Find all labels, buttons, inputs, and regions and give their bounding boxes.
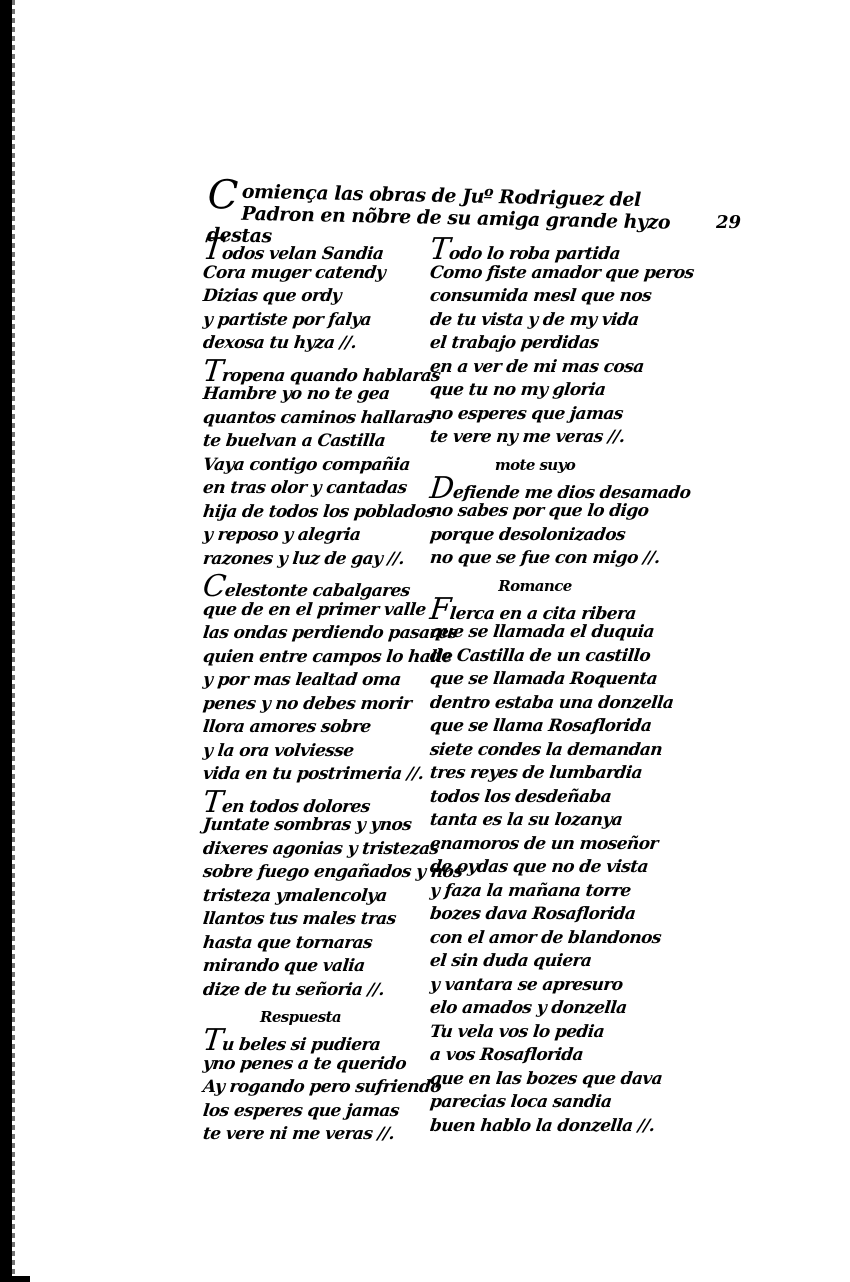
verse-line: parecias loca sandia	[429, 1091, 681, 1115]
verse-line: todos los desdeñaba	[429, 786, 681, 810]
verse-line: Tu vela vos lo pedia	[429, 1021, 681, 1045]
stanza: mote suyoDefiende me dios desamadono sab…	[430, 454, 680, 571]
verse-line: dixeres agonias y tristezas	[202, 838, 439, 862]
verse-line: razones y luz de gay	[202, 548, 439, 572]
verse-line: no sabes por que lo digo	[429, 500, 681, 524]
verse-line: Como fiste amador que peros	[429, 262, 681, 286]
verse-line: hasta que tornaras	[202, 932, 439, 956]
verse-line: tristeza ymalencolya	[202, 885, 439, 909]
verse-line: buen hablo la donzella	[429, 1115, 681, 1139]
verse-line: no que se fue con migo	[429, 547, 681, 571]
verse-line: Ay rogando pero sufriendo	[202, 1076, 439, 1100]
verse-line: que tu no my gloria	[429, 379, 681, 403]
verse-line: que se llamada Roquenta	[429, 668, 681, 692]
scan-corner-smudge	[0, 1276, 30, 1282]
verse-line: Ten todos dolores	[202, 791, 439, 815]
stanza: Todos velan SandiaCora muger catendyDizi…	[203, 238, 438, 356]
verse-line: llantos tus males tras	[202, 908, 439, 932]
verse-line: dentro estaba una donzella	[429, 692, 681, 716]
verse-line: dize de tu señoria	[202, 979, 439, 1003]
heading-initial: C	[207, 176, 238, 215]
verse-line: de tu vista y de my vida	[429, 309, 681, 333]
verse-line: tres reyes de lumbardia	[429, 762, 681, 786]
verse-line: Cora muger catendy	[202, 262, 439, 286]
verse-line: de Castilla de un castillo	[429, 645, 681, 669]
verse-line: no esperes que jamas	[429, 403, 681, 427]
verse-line: quantos caminos hallaras	[202, 407, 439, 431]
verse-line: porque desolonizados	[429, 524, 681, 548]
stanza: RespuestaTu beles si pudierayno penes a …	[203, 1006, 438, 1147]
verse-line: Tropena quando hablaras	[202, 360, 439, 384]
stanza: Tropena quando hablarasHambre yo no te g…	[203, 360, 438, 572]
verse-line: Juntate sombras y ynos	[202, 814, 439, 838]
stanza-rubric: Romance	[430, 575, 680, 598]
verse-line: Celestonte cabalgares	[202, 575, 439, 599]
verse-line: Defiende me dios desamado	[429, 477, 681, 501]
verse-line: de oydas que no de vista	[429, 856, 681, 880]
verse-line: en a ver de mi mas cosa	[429, 356, 681, 380]
verse-line: que se llama Rosaflorida	[429, 715, 681, 739]
stanza: RomanceFlerca en a cita riberaque se lla…	[430, 575, 680, 1139]
left-column: Todos velan SandiaCora muger catendyDizi…	[203, 238, 438, 1151]
verse-line: Tu beles si pudiera	[202, 1029, 439, 1053]
verse-line: vida en tu postrimeria	[202, 763, 439, 787]
verse-line: que en las bozes que dava	[429, 1068, 681, 1092]
verse-line: Vaya contigo compañia	[202, 454, 439, 478]
stanza-rubric: Respuesta	[203, 1006, 438, 1029]
verse-line: con el amor de blandonos	[429, 927, 681, 951]
verse-line: yno penes a te querido	[202, 1053, 439, 1077]
verse-line: mirando que valia	[202, 955, 439, 979]
verse-line: te vere ny me veras	[429, 426, 681, 450]
stanza: Ten todos doloresJuntate sombras y ynosd…	[203, 791, 438, 1003]
verse-line: siete condes la demandan	[429, 739, 681, 763]
verse-line: que se llamada el duquia	[429, 621, 681, 645]
verse-line: consumida mesl que nos	[429, 285, 681, 309]
right-column: Todo lo roba partidaComo fiste amador qu…	[430, 238, 680, 1142]
scan-edge-border	[0, 0, 12, 1282]
verse-line: penes y no debes morir	[202, 693, 439, 717]
verse-line: bozes dava Rosaflorida	[429, 903, 681, 927]
verse-line: las ondas perdiendo pasares	[202, 622, 439, 646]
stanza: Todo lo roba partidaComo fiste amador qu…	[430, 238, 680, 450]
stanza: Celestonte cabalgaresque de en el primer…	[203, 575, 438, 787]
folio-number: 29	[716, 212, 741, 233]
verse-line: en tras olor y cantadas	[202, 477, 439, 501]
verse-line: dexosa tu hyza	[202, 332, 439, 356]
verse-line: sobre fuego engañados y nos	[202, 861, 439, 885]
verse-line: y por mas lealtad oma	[202, 669, 439, 693]
verse-line: el trabajo perdidas	[429, 332, 681, 356]
verse-line: el sin duda quiera	[429, 950, 681, 974]
scan-edge-noise	[12, 0, 15, 1282]
verse-line: quien entre campos lo halle	[202, 646, 439, 670]
verse-line: llora amores sobre	[202, 716, 439, 740]
verse-line: hija de todos los poblados	[202, 501, 439, 525]
verse-line: y la ora volviesse	[202, 740, 439, 764]
verse-line: elo amados y donzella	[429, 997, 681, 1021]
verse-line: tanta es la su lozanya	[429, 809, 681, 833]
verse-line: te vere ni me veras	[202, 1123, 439, 1147]
verse-line: Todo lo roba partida	[429, 238, 681, 262]
stanza-rubric: mote suyo	[430, 454, 680, 477]
verse-line: Flerca en a cita ribera	[429, 598, 681, 622]
verse-line: Hambre yo no te gea	[202, 383, 439, 407]
verse-line: y vantara se apresuro	[429, 974, 681, 998]
verse-line: enamoros de un moseñor	[429, 833, 681, 857]
verse-line: te buelvan a Castilla	[202, 430, 439, 454]
verse-line: Dizias que ordy	[202, 285, 439, 309]
verse-line: los esperes que jamas	[202, 1100, 439, 1124]
verse-line: a vos Rosaflorida	[429, 1044, 681, 1068]
verse-line: y reposo y alegria	[202, 524, 439, 548]
verse-line: y faza la mañana torre	[429, 880, 681, 904]
verse-line: que de en el primer valle	[202, 599, 439, 623]
verse-line: y partiste por falya	[202, 309, 439, 333]
verse-line: Todos velan Sandia	[202, 238, 439, 262]
